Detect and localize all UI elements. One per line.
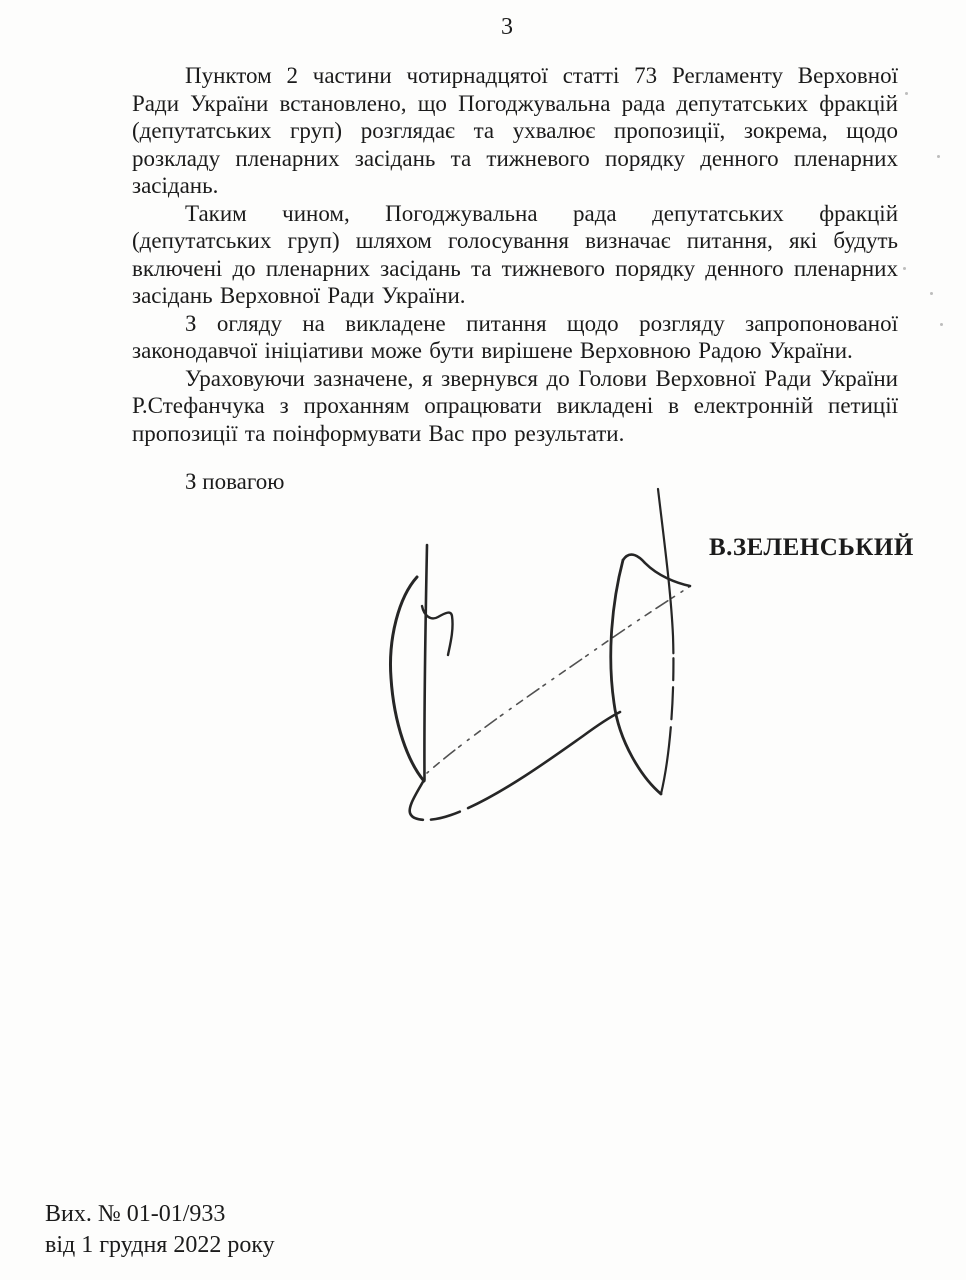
signature-stroke-right-hook xyxy=(623,555,690,586)
signature-stroke-left-vertical xyxy=(424,545,427,780)
signer-name: В.ЗЕЛЕНСЬКИЙ xyxy=(709,534,914,562)
signature-stroke-diagonal-dotted xyxy=(427,587,689,773)
signature-stroke-left-leaf xyxy=(391,577,424,781)
footer-block: Вих. № 01-01/933 від 1 грудня 2022 року xyxy=(45,1199,275,1261)
page-number: 3 xyxy=(0,14,966,41)
paragraph: Пунктом 2 частини чотирнадцятої статті 7… xyxy=(132,62,898,200)
scan-speck xyxy=(903,267,906,270)
paragraph: Ураховуючи зазначене, я звернувся до Гол… xyxy=(132,365,898,448)
outgoing-ref-number: Вих. № 01-01/933 xyxy=(45,1199,275,1230)
paragraph: Таким чином, Погоджувальна рада депутатс… xyxy=(132,200,898,310)
signature-stroke-right-leaf xyxy=(611,560,661,794)
letter-body: Пунктом 2 частини чотирнадцятої статті 7… xyxy=(132,62,898,496)
signature-stroke-right-tall xyxy=(658,489,673,794)
scan-speck xyxy=(930,292,933,295)
scan-speck xyxy=(905,92,908,95)
document-page: 3 Пунктом 2 частини чотирнадцятої статті… xyxy=(0,0,966,1280)
paragraph: З огляду на викладене питання щодо розгл… xyxy=(132,310,898,365)
signature-stroke-bottom-sweep xyxy=(410,712,620,820)
scan-speck xyxy=(937,155,940,158)
outgoing-date: від 1 грудня 2022 року xyxy=(45,1230,275,1261)
handwritten-signature-icon xyxy=(378,468,704,830)
scan-speck xyxy=(940,323,943,326)
